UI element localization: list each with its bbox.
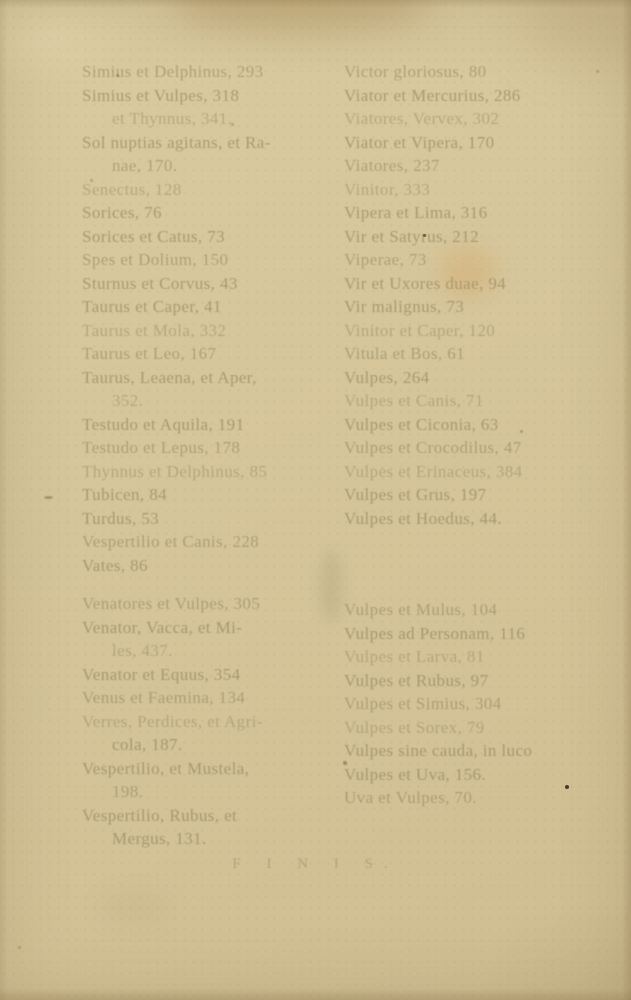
index-entry-line: Thynnus et Delphinus, 85 xyxy=(82,460,344,484)
index-entry-line: les, 437. xyxy=(82,639,344,663)
index-entry-line: Vulpes, 264 xyxy=(344,366,606,390)
index-entry-line: Venator et Equus, 354 xyxy=(82,663,344,687)
index-entry-line: Tubicen, 84 xyxy=(82,483,344,507)
fiber-mark xyxy=(44,496,53,499)
index-entry-line: 198. xyxy=(82,780,344,804)
index-entry-line: Uva et Vulpes, 70. xyxy=(344,786,606,810)
index-entry-line: Vinitor et Caper, 120 xyxy=(344,319,606,343)
index-entry-line: Vulpes et Erinaceus, 384 xyxy=(344,460,606,484)
index-entry-line: Vespertilio et Canis, 228 xyxy=(82,530,344,554)
index-entry-line: Vulpes et Rubus, 97 xyxy=(344,669,606,693)
index-entry-line: Vulpes et Hoedus, 44. xyxy=(344,507,606,531)
index-entry-line: Vulpes et Ciconia, 63 xyxy=(344,413,606,437)
index-entry-line: Venus et Faemina, 134 xyxy=(82,686,344,710)
bottom-smudge-mark xyxy=(100,895,170,921)
index-entry-line: Vitula et Bos, 61 xyxy=(344,342,606,366)
index-entry-line: et Thynnus, 341. xyxy=(82,107,344,131)
index-entry-line: Verres, Perdices, et Agri- xyxy=(82,710,344,734)
index-entry-line: Turdus, 53 xyxy=(82,507,344,531)
book-page: Simius et Delphinus, 293Simius et Vulpes… xyxy=(0,0,631,1000)
index-entry-line: Vulpes et Simius, 304 xyxy=(344,692,606,716)
index-entry-line: Vinitor, 333 xyxy=(344,178,606,202)
index-entry-line: Taurus et Caper, 41 xyxy=(82,295,344,319)
index-entry-line: Senectus, 128 xyxy=(82,178,344,202)
index-entry-line: Taurus et Leo, 167 xyxy=(82,342,344,366)
index-entry-line: 352. xyxy=(82,389,344,413)
index-entry-line: cola, 187. xyxy=(82,733,344,757)
index-column-right: Victor gloriosus, 80Viator et Mercurius,… xyxy=(344,60,606,810)
index-entry-line: Spes et Dolium, 150 xyxy=(82,248,344,272)
finis-text: F I N I S. xyxy=(0,856,631,873)
index-entry-line: Vir malignus, 73 xyxy=(344,295,606,319)
index-entry-line: Sorices et Catus, 73 xyxy=(82,225,344,249)
index-entry-line: Vulpes et Mulus, 104 xyxy=(344,598,606,622)
index-entry-line: Venator, Vacca, et Mi- xyxy=(82,616,344,640)
index-entry-line: Taurus, Leaena, et Aper, xyxy=(82,366,344,390)
index-block: Vulpes et Mulus, 104Vulpes ad Personam, … xyxy=(344,598,606,810)
index-entry-line: Simius et Delphinus, 293 xyxy=(82,60,344,84)
index-entry-line: Sturnus et Corvus, 43 xyxy=(82,272,344,296)
index-entry-line: Mergus, 131. xyxy=(82,827,344,851)
index-entry-line: Vulpes et Sorex, 79 xyxy=(344,716,606,740)
index-entry-line: Vir et Uxores duae, 94 xyxy=(344,272,606,296)
index-entry-line: Vulpes ad Personam, 116 xyxy=(344,622,606,646)
index-entry-line: Vates, 86 xyxy=(82,554,344,578)
index-entry-line: Viatores, 237 xyxy=(344,154,606,178)
index-entry-line: Taurus et Mola, 332 xyxy=(82,319,344,343)
index-entry-line: Venatores et Vulpes, 305 xyxy=(82,592,344,616)
page-edge-left xyxy=(0,0,7,1000)
index-entry-line: Vulpes et Larva, 81 xyxy=(344,645,606,669)
index-entry-line: Testudo et Aquila, 191 xyxy=(82,413,344,437)
page-edge-top xyxy=(0,0,631,8)
index-block: Simius et Delphinus, 293Simius et Vulpes… xyxy=(82,60,344,577)
index-entry-line: Viator et Mercurius, 286 xyxy=(344,84,606,108)
index-entry-line: Simius et Vulpes, 318 xyxy=(82,84,344,108)
index-entry-line: Vespertilio, et Mustela, xyxy=(82,757,344,781)
index-entry-line: Viator et Vipera, 170 xyxy=(344,131,606,155)
index-entry-line: Vulpes et Canis, 71 xyxy=(344,389,606,413)
index-entry-line: Vulpes sine cauda, in luco xyxy=(344,739,606,763)
index-entry-line: Vulpes et Crocodilus, 47 xyxy=(344,436,606,460)
speck-mark xyxy=(18,946,21,949)
index-entry-line: Vipera et Lima, 316 xyxy=(344,201,606,225)
index-entry-line: Viperae, 73 xyxy=(344,248,606,272)
index-entry-line: Viatores, Vervex, 302 xyxy=(344,107,606,131)
index-column-left: Simius et Delphinus, 293Simius et Vulpes… xyxy=(82,60,344,851)
index-entry-line: Vespertilio, Rubus, et xyxy=(82,804,344,828)
index-entry-line: Sol nuptias agitans, et Ra- xyxy=(82,131,344,155)
page-edge-right xyxy=(622,0,631,1000)
index-entry-line: Vulpes et Uva, 156. xyxy=(344,763,606,787)
index-entry-line: Vulpes et Grus, 197 xyxy=(344,483,606,507)
index-entry-line: Sorices, 76 xyxy=(82,201,344,225)
page-edge-bottom xyxy=(0,988,631,1000)
index-block: Victor gloriosus, 80Viator et Mercurius,… xyxy=(344,60,606,530)
index-entry-line: nae, 170. xyxy=(82,154,344,178)
index-entry-line: Vir et Satyrus, 212 xyxy=(344,225,606,249)
index-block: Venatores et Vulpes, 305Venator, Vacca, … xyxy=(82,592,344,851)
index-entry-line: Testudo et Lepus, 178 xyxy=(82,436,344,460)
index-entry-line: Victor gloriosus, 80 xyxy=(344,60,606,84)
